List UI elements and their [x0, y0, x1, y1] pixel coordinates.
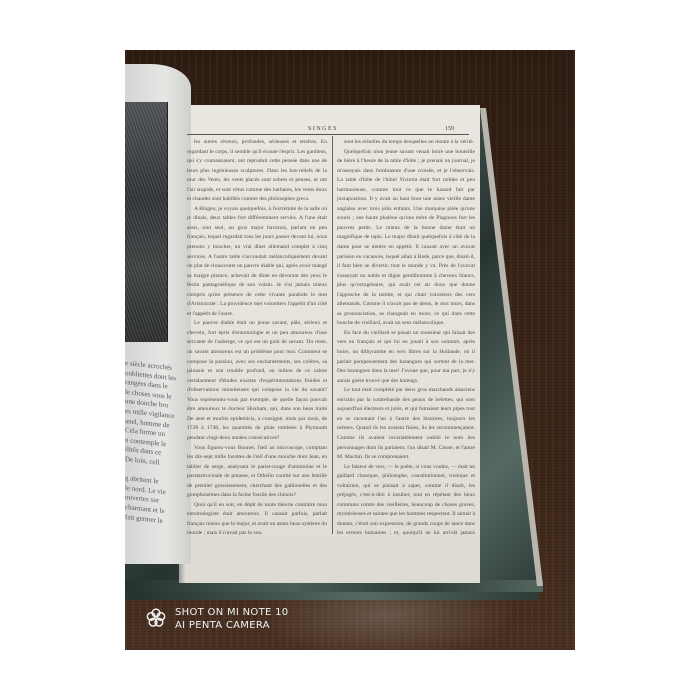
book-photo: e siècle acrochésoubliettes dont lesrang… — [125, 50, 575, 650]
watermark-line-1: SHOT ON MI NOTE 10 — [175, 606, 288, 619]
header-rule — [187, 134, 469, 135]
left-page-text: e siècle acrochésoubliettes dont lesrang… — [125, 359, 183, 528]
paragraph: A Bingen, je voyais quelquefois, à l'ext… — [187, 205, 327, 320]
text-column-left: les autres rêveurs, profondes, sérieuses… — [187, 138, 327, 536]
paragraph: En face du vieillard se posait un monsie… — [337, 329, 475, 386]
running-header: SINGES — [188, 126, 458, 132]
paragraph: Quelquefois mon jeune savant venait boir… — [337, 148, 475, 329]
engraving-illustration — [125, 102, 168, 342]
page-number: 159 — [445, 126, 454, 132]
paragraph: Vous figurez-vous Bonnet, l'œil au micro… — [187, 444, 327, 501]
paragraph: Le pauvre diable était un jeune savant, … — [187, 319, 327, 443]
text-column-right: sont les échelles du temps desquelles on… — [337, 138, 475, 536]
camera-aperture-flower-icon — [145, 607, 167, 629]
paragraph: Le tout était complété par deux gros mar… — [337, 386, 475, 462]
left-page: e siècle acrochésoubliettes dont lesrang… — [125, 64, 191, 564]
paragraph: sont les échelles du temps desquelles on… — [337, 138, 475, 148]
paragraph: Quoi qu'il en soit, en dépit de toute th… — [187, 501, 327, 536]
column-rule — [332, 136, 333, 534]
paragraph: les autres rêveurs, profondes, sérieuses… — [187, 138, 327, 205]
paragraph: Le faiseur de vers, — le poëte, si vous … — [337, 463, 475, 536]
watermark-line-2: AI PENTA CAMERA — [175, 619, 288, 632]
